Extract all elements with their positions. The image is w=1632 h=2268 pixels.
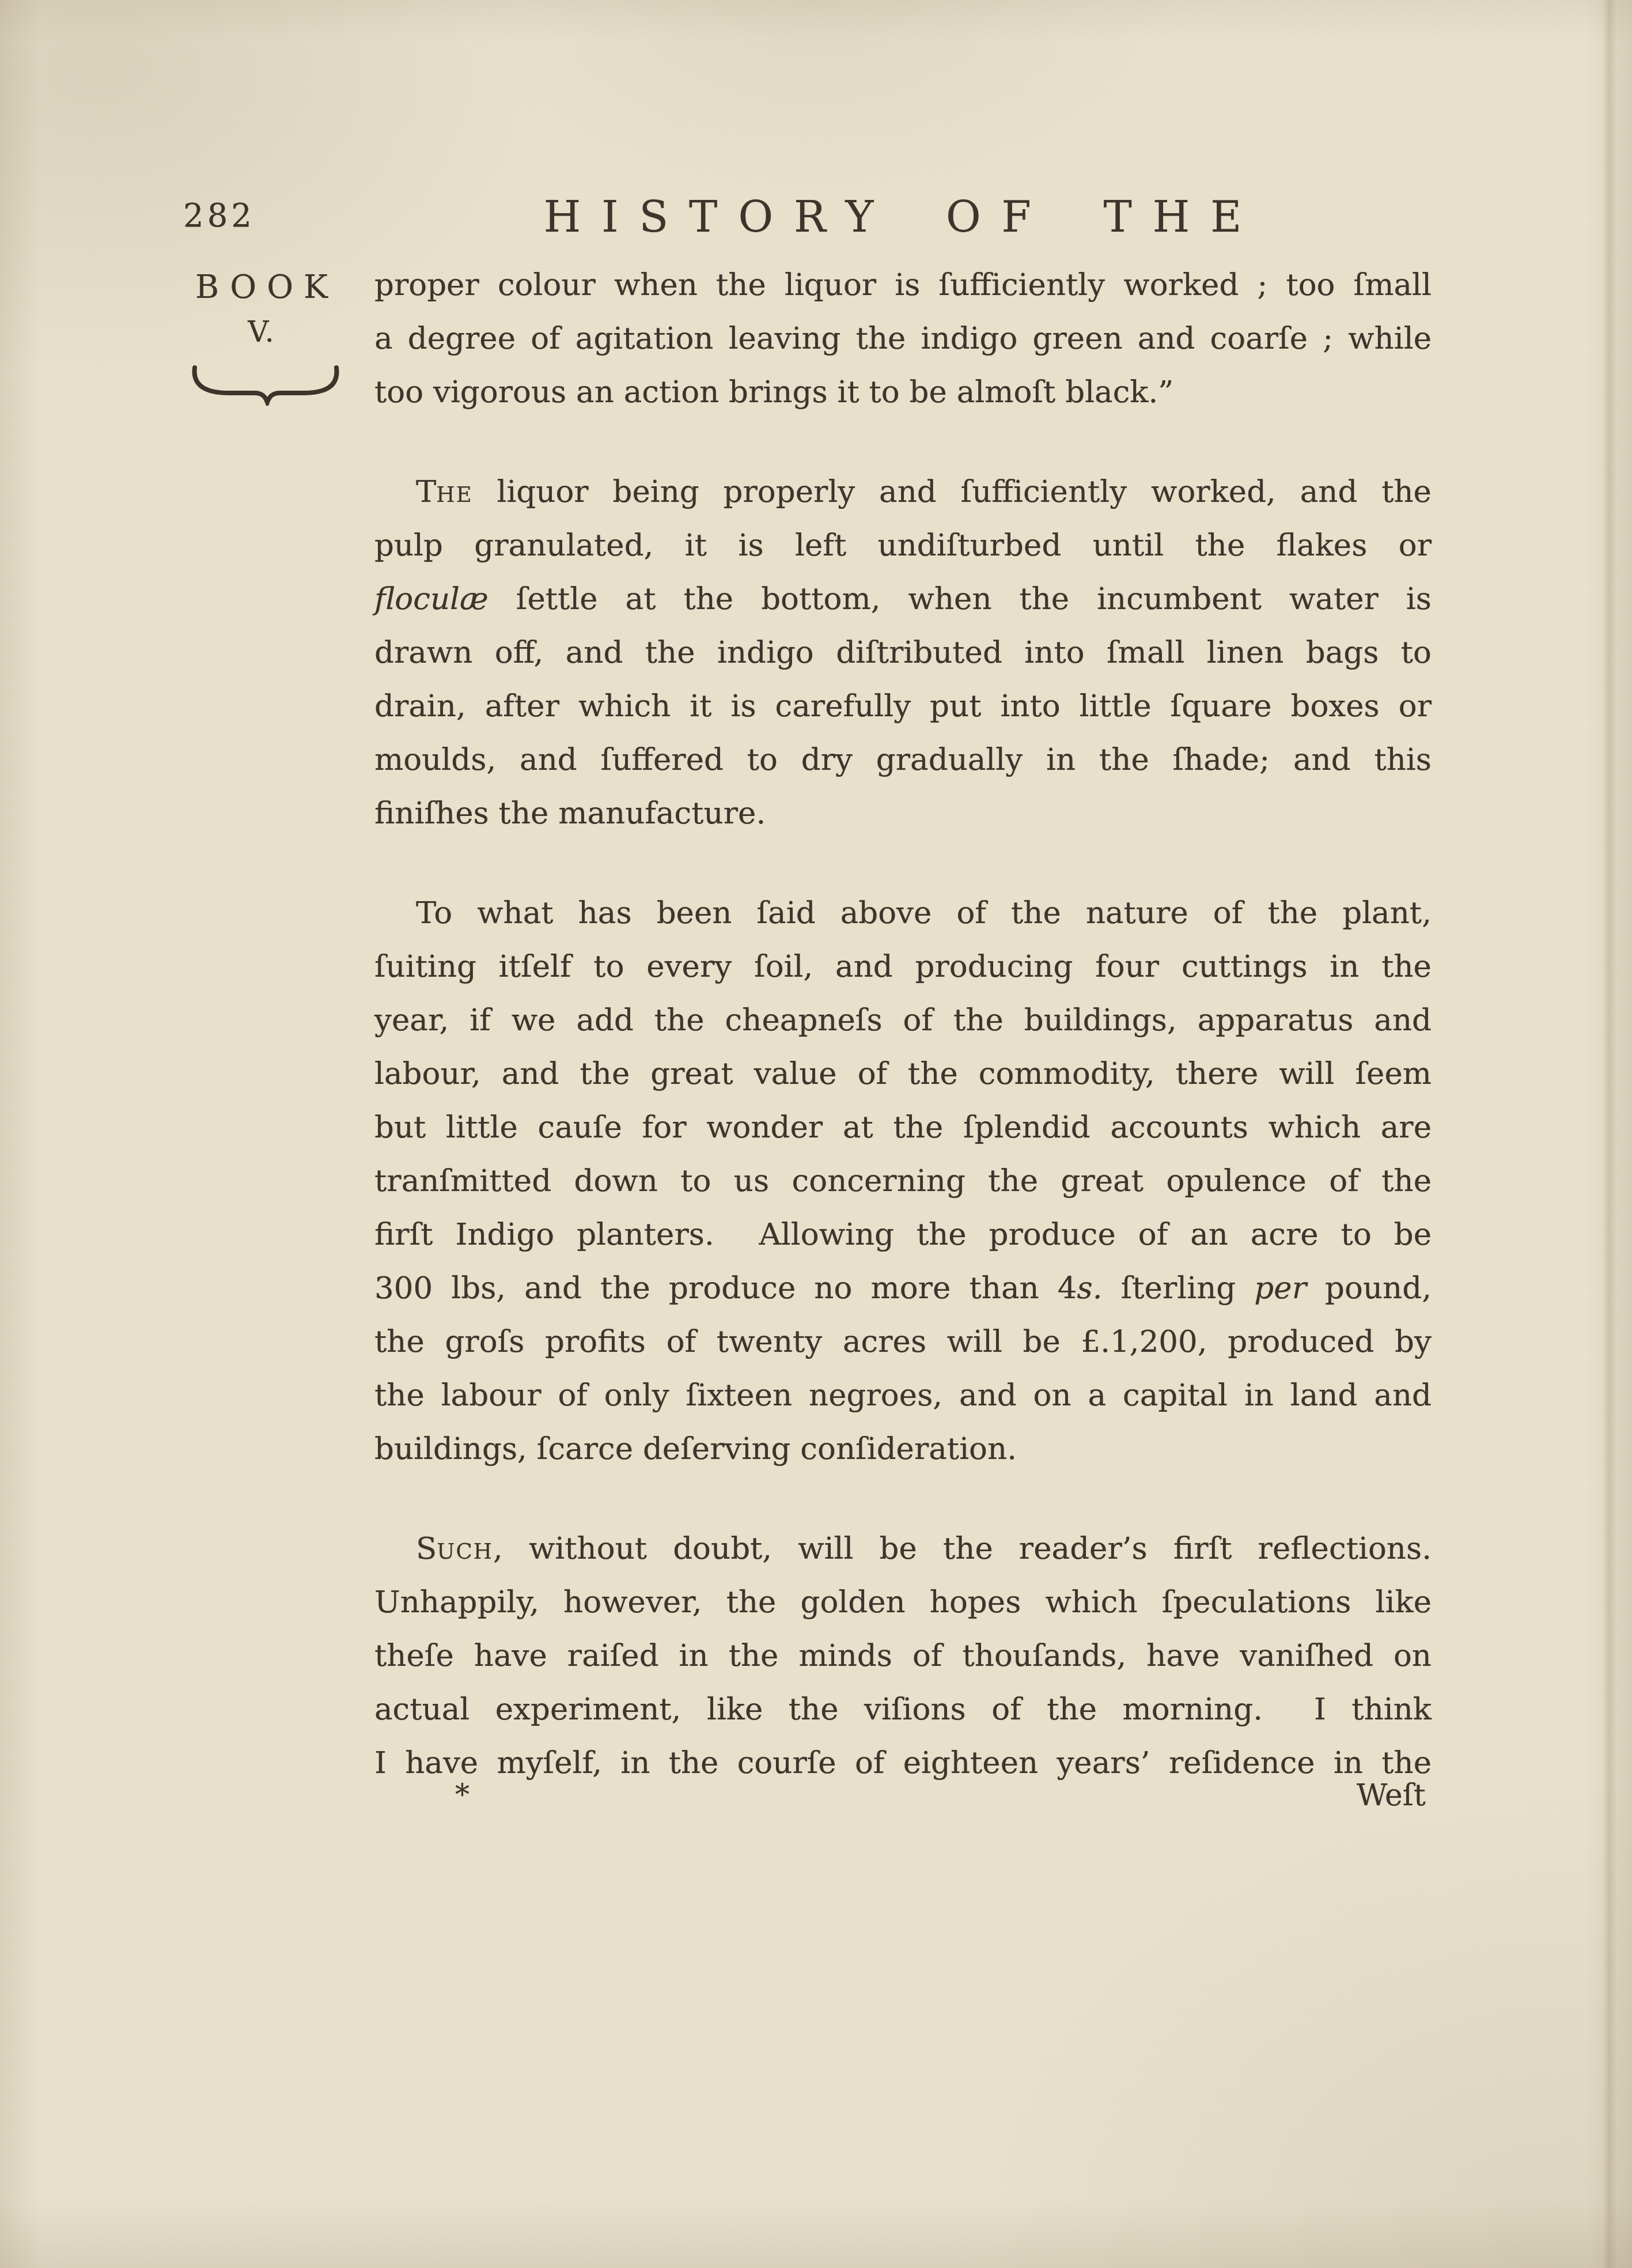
text-line: moulds, and ſuffered to dry gradually in… bbox=[374, 733, 1432, 787]
roman-text: the labour of only ſixteen negroes, and … bbox=[374, 1378, 1432, 1413]
body-paragraph: To what has been ſaid above of the natur… bbox=[374, 886, 1432, 1476]
margin-note: BOOK V. bbox=[182, 269, 341, 349]
roman-text: pulp granulated, it is left undiſturbed … bbox=[374, 528, 1432, 563]
running-title: HISTORY OF THE bbox=[374, 192, 1432, 242]
roman-text: T bbox=[416, 474, 436, 509]
text-line: ſuiting itſelf to every ſoil, and produc… bbox=[374, 940, 1432, 993]
roman-text: labour, and the great value of the commo… bbox=[374, 1056, 1432, 1091]
roman-text: finiſhes the manufacture. bbox=[374, 796, 766, 831]
body-paragraph: Such, without doubt, will be the reader’… bbox=[374, 1522, 1432, 1790]
roman-text: 300 lbs, and the produce no more than 4 bbox=[374, 1271, 1077, 1306]
body-paragraph: proper colour when the liquor is ſuffici… bbox=[374, 258, 1432, 419]
text-line: buildings, ſcarce deſerving conſideratio… bbox=[374, 1422, 1432, 1476]
text-line: but little cauſe for wonder at the ſplen… bbox=[374, 1101, 1432, 1154]
roman-text: theſe have raiſed in the minds of thouſa… bbox=[374, 1638, 1432, 1673]
roman-text: S bbox=[416, 1531, 437, 1566]
text-line: drawn off, and the indigo diſtributed in… bbox=[374, 626, 1432, 679]
text-line: Unhappily, however, the golden hopes whi… bbox=[374, 1575, 1432, 1629]
text-line: floculæ ſettle at the bottom, when the i… bbox=[374, 572, 1432, 626]
roman-text: I have myſelf, in the courſe of eighteen… bbox=[374, 1745, 1432, 1781]
catchword: Weſt bbox=[1357, 1778, 1426, 1813]
text-line: The liquor being properly and ſufficient… bbox=[374, 465, 1432, 519]
text-line: finiſhes the manufacture. bbox=[374, 787, 1432, 840]
text-line: actual experiment, like the viſions of t… bbox=[374, 1683, 1432, 1736]
text-line: the groſs profits of twenty acres will b… bbox=[374, 1315, 1432, 1369]
page-number: 282 bbox=[183, 197, 255, 235]
roman-text: year, if we add the cheapneſs of the bui… bbox=[374, 1003, 1432, 1038]
text-line: 300 lbs, and the produce no more than 4s… bbox=[374, 1261, 1432, 1315]
italic-text: per bbox=[1254, 1271, 1307, 1306]
roman-text: proper colour when the liquor is ſuffici… bbox=[374, 267, 1432, 303]
roman-text: drain, after which it is carefully put i… bbox=[374, 689, 1432, 724]
roman-text: actual experiment, like the viſions of t… bbox=[374, 1692, 1432, 1727]
italic-text: s. bbox=[1077, 1271, 1103, 1306]
roman-text: ſettle at the bottom, when the incumbent… bbox=[489, 581, 1432, 617]
signature-mark: * bbox=[455, 1778, 469, 1812]
text-line: tranſmitted down to us concerning the gr… bbox=[374, 1154, 1432, 1208]
roman-text: too vigorous an action brings it to be a… bbox=[374, 375, 1173, 410]
body-paragraph: The liquor being properly and ſufficient… bbox=[374, 465, 1432, 840]
roman-text: tranſmitted down to us concerning the gr… bbox=[374, 1163, 1432, 1199]
margin-note-volume: V. bbox=[182, 315, 341, 349]
roman-text: ſterling bbox=[1103, 1271, 1255, 1306]
text-line: too vigorous an action brings it to be a… bbox=[374, 365, 1432, 419]
text-line: a degree of agitation leaving the indigo… bbox=[374, 312, 1432, 365]
underbrace-icon bbox=[190, 361, 341, 406]
text-line: pulp granulated, it is left undiſturbed … bbox=[374, 519, 1432, 572]
text-line: drain, after which it is carefully put i… bbox=[374, 679, 1432, 733]
text-line: firſt Indigo planters. Allowing the prod… bbox=[374, 1208, 1432, 1261]
roman-text: a degree of agitation leaving the indigo… bbox=[374, 321, 1432, 356]
text-line: labour, and the great value of the commo… bbox=[374, 1047, 1432, 1101]
roman-text: ſuiting itſelf to every ſoil, and produc… bbox=[374, 949, 1432, 984]
text-line: Such, without doubt, will be the reader’… bbox=[374, 1522, 1432, 1575]
text-line: theſe have raiſed in the minds of thouſa… bbox=[374, 1629, 1432, 1683]
roman-text: Unhappily, however, the golden hopes whi… bbox=[374, 1585, 1432, 1620]
smallcaps-text: he bbox=[436, 474, 472, 509]
roman-text: moulds, and ſuffered to dry gradually in… bbox=[374, 742, 1432, 777]
text-line: year, if we add the cheapneſs of the bui… bbox=[374, 993, 1432, 1047]
roman-text: drawn off, and the indigo diſtributed in… bbox=[374, 635, 1432, 670]
roman-text: buildings, ſcarce deſerving conſideratio… bbox=[374, 1431, 1017, 1466]
text-column: proper colour when the liquor is ſuffici… bbox=[374, 258, 1432, 1790]
roman-text: but little cauſe for wonder at the ſplen… bbox=[374, 1110, 1432, 1145]
margin-note-book: BOOK bbox=[182, 269, 341, 306]
text-line: the labour of only ſixteen negroes, and … bbox=[374, 1369, 1432, 1422]
smallcaps-text: uch bbox=[437, 1531, 493, 1566]
text-line: proper colour when the liquor is ſuffici… bbox=[374, 258, 1432, 312]
footer-row: * Weſt bbox=[374, 1778, 1432, 1836]
roman-text: , without doubt, will be the reader’s fi… bbox=[493, 1531, 1432, 1566]
text-line: To what has been ſaid above of the natur… bbox=[374, 886, 1432, 940]
roman-text: firſt Indigo planters. Allowing the prod… bbox=[374, 1217, 1432, 1252]
italic-text: floculæ bbox=[374, 581, 489, 617]
scanned-book-page: 282 HISTORY OF THE BOOK V. proper colour… bbox=[0, 0, 1632, 2268]
roman-text: pound, bbox=[1307, 1271, 1432, 1306]
roman-text: To what has been ſaid above of the natur… bbox=[416, 895, 1432, 931]
roman-text: the groſs profits of twenty acres will b… bbox=[374, 1324, 1432, 1359]
roman-text: liquor being properly and ſufficiently w… bbox=[473, 474, 1432, 509]
